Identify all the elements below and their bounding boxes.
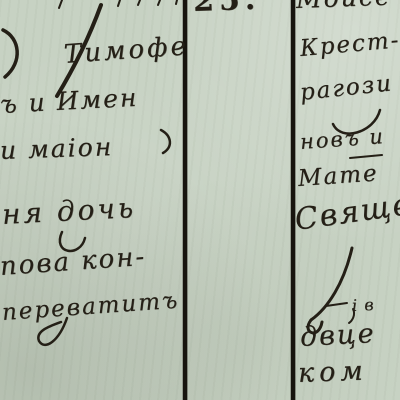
handwriting-line-pova-kon: пова кон- [0,242,147,282]
handwriting-line-maion: и маіон [0,132,114,165]
handwriting-line-perevatit: переватитъ [1,288,180,326]
handwriting-line-krest: Крест- [299,27,400,62]
handwriting-line-svyashchen: Священ [293,184,400,238]
handwriting-line-top-fragment: Моисе [295,0,392,14]
handwriting-line-nov-i: новъ и [299,124,385,154]
top-edge-remnant [138,0,140,5]
flourish-underline [350,155,382,158]
handwriting-line-doch: ня дочь [1,191,137,231]
handwriting-line-iv: і в [352,295,375,315]
handwriting-line-mate: Мате [297,160,379,192]
top-edge-remnant [176,0,177,4]
flourish-cross-tick [326,303,347,306]
handwriting-line-kom: ком [297,356,368,389]
flourish-left-paren [3,30,17,77]
top-edge-remnant [59,0,62,8]
flourish-svyashchen-descender [311,248,352,320]
flourish-small-paren [161,130,170,153]
handwriting-line-ragozi: рагози [299,70,394,106]
handwriting-line-i-imen: ъ и Имен [0,83,139,119]
column-rule-right [291,0,295,400]
top-edge-remnant [118,0,120,6]
handwriting-line-dvce: двце [299,318,376,353]
document-page: Тимофе ъ и Имен и маіон ня дочь пова кон… [0,0,400,400]
handwriting-line-timofe: Тимофе [63,31,190,70]
top-edge-remnant [158,0,160,5]
entry-number: 25. [192,0,260,19]
